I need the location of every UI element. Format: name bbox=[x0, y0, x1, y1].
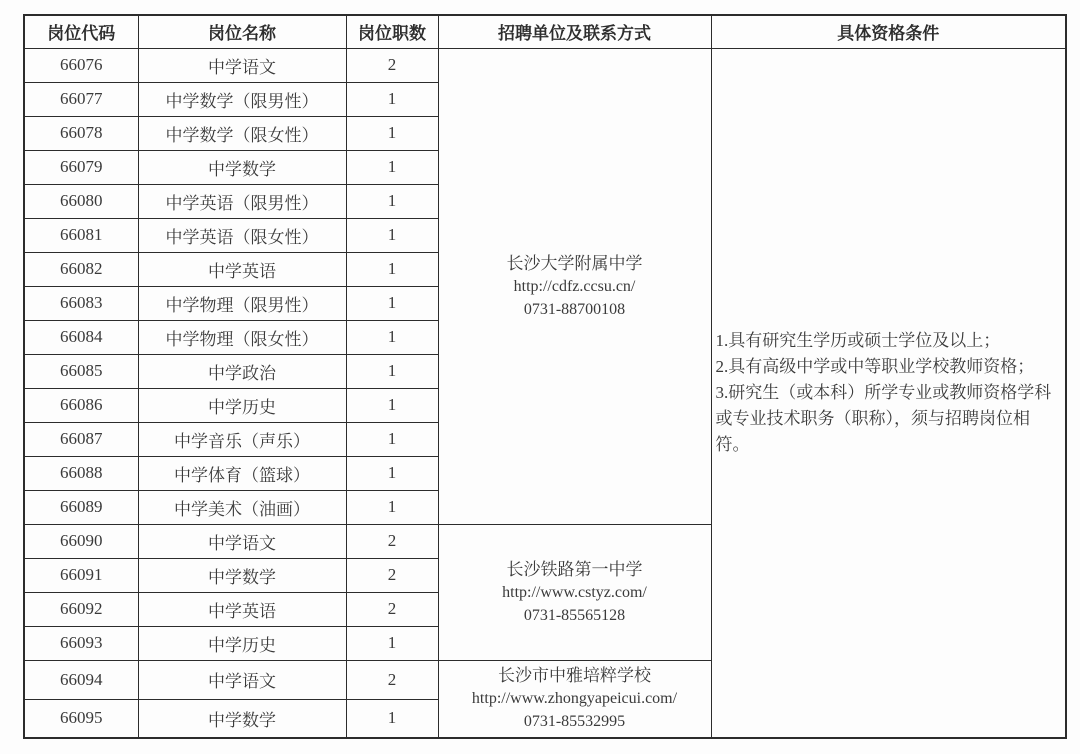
position-count-cell: 1 bbox=[346, 699, 438, 738]
position-name-cell: 中学语文 bbox=[138, 48, 346, 82]
position-count-cell: 1 bbox=[346, 218, 438, 252]
document-page: 岗位代码 岗位名称 岗位职数 招聘单位及联系方式 具体资格条件 66076中学语… bbox=[0, 0, 1080, 754]
position-name-cell: 中学体育（篮球） bbox=[138, 456, 346, 490]
position-code-cell: 66086 bbox=[24, 388, 138, 422]
position-name-cell: 中学数学 bbox=[138, 150, 346, 184]
position-code-cell: 66085 bbox=[24, 354, 138, 388]
position-count-cell: 2 bbox=[346, 660, 438, 699]
recruiting-unit-cell: 长沙铁路第一中学http://www.cstyz.com/0731-855651… bbox=[438, 524, 711, 660]
position-code-cell: 66078 bbox=[24, 116, 138, 150]
recruiting-unit-cell: 长沙市中雅培粹学校http://www.zhongyapeicui.com/07… bbox=[438, 660, 711, 738]
position-count-cell: 1 bbox=[346, 184, 438, 218]
position-code-cell: 66082 bbox=[24, 252, 138, 286]
position-code-cell: 66092 bbox=[24, 592, 138, 626]
position-code-cell: 66094 bbox=[24, 660, 138, 699]
position-name-cell: 中学音乐（声乐） bbox=[138, 422, 346, 456]
position-code-cell: 66084 bbox=[24, 320, 138, 354]
school-url: http://www.zhongyapeicui.com/ bbox=[443, 687, 707, 710]
header-position-name: 岗位名称 bbox=[138, 15, 346, 48]
header-position-code: 岗位代码 bbox=[24, 15, 138, 48]
position-count-cell: 1 bbox=[346, 320, 438, 354]
position-name-cell: 中学物理（限男性） bbox=[138, 286, 346, 320]
school-phone: 0731-85565128 bbox=[443, 604, 707, 627]
table-body: 66076中学语文2长沙大学附属中学http://cdfz.ccsu.cn/07… bbox=[24, 48, 1066, 738]
school-url: http://www.cstyz.com/ bbox=[443, 581, 707, 604]
position-count-cell: 1 bbox=[346, 150, 438, 184]
qualification-item: 2.具有高级中学或中等职业学校教师资格； bbox=[716, 354, 1062, 380]
school-name: 长沙铁路第一中学 bbox=[443, 558, 707, 581]
school-url: http://cdfz.ccsu.cn/ bbox=[443, 275, 707, 298]
position-name-cell: 中学政治 bbox=[138, 354, 346, 388]
position-count-cell: 1 bbox=[346, 82, 438, 116]
qualification-cell: 1.具有研究生学历或硕士学位及以上；2.具有高级中学或中等职业学校教师资格；3.… bbox=[711, 48, 1066, 738]
position-code-cell: 66093 bbox=[24, 626, 138, 660]
header-position-count: 岗位职数 bbox=[346, 15, 438, 48]
position-count-cell: 1 bbox=[346, 422, 438, 456]
school-phone: 0731-85532995 bbox=[443, 710, 707, 733]
header-recruiting-unit: 招聘单位及联系方式 bbox=[438, 15, 711, 48]
position-name-cell: 中学英语 bbox=[138, 252, 346, 286]
qualification-item: 1.具有研究生学历或硕士学位及以上； bbox=[716, 328, 1062, 354]
position-code-cell: 66080 bbox=[24, 184, 138, 218]
school-name: 长沙市中雅培粹学校 bbox=[443, 664, 707, 687]
position-count-cell: 1 bbox=[346, 116, 438, 150]
position-count-cell: 1 bbox=[346, 286, 438, 320]
position-count-cell: 1 bbox=[346, 252, 438, 286]
position-code-cell: 66091 bbox=[24, 558, 138, 592]
position-name-cell: 中学英语 bbox=[138, 592, 346, 626]
position-name-cell: 中学数学 bbox=[138, 699, 346, 738]
header-row: 岗位代码 岗位名称 岗位职数 招聘单位及联系方式 具体资格条件 bbox=[24, 15, 1066, 48]
position-code-cell: 66089 bbox=[24, 490, 138, 524]
position-count-cell: 2 bbox=[346, 558, 438, 592]
position-code-cell: 66090 bbox=[24, 524, 138, 558]
position-name-cell: 中学数学（限女性） bbox=[138, 116, 346, 150]
position-name-cell: 中学语文 bbox=[138, 524, 346, 558]
recruiting-unit-cell: 长沙大学附属中学http://cdfz.ccsu.cn/0731-8870010… bbox=[438, 48, 711, 524]
position-name-cell: 中学英语（限男性） bbox=[138, 184, 346, 218]
position-code-cell: 66076 bbox=[24, 48, 138, 82]
school-phone: 0731-88700108 bbox=[443, 298, 707, 321]
position-count-cell: 1 bbox=[346, 354, 438, 388]
position-count-cell: 1 bbox=[346, 626, 438, 660]
position-count-cell: 1 bbox=[346, 456, 438, 490]
position-code-cell: 66079 bbox=[24, 150, 138, 184]
position-count-cell: 2 bbox=[346, 524, 438, 558]
position-code-cell: 66087 bbox=[24, 422, 138, 456]
table-header: 岗位代码 岗位名称 岗位职数 招聘单位及联系方式 具体资格条件 bbox=[24, 15, 1066, 48]
position-name-cell: 中学语文 bbox=[138, 660, 346, 699]
position-name-cell: 中学历史 bbox=[138, 388, 346, 422]
recruitment-positions-table: 岗位代码 岗位名称 岗位职数 招聘单位及联系方式 具体资格条件 66076中学语… bbox=[23, 14, 1067, 739]
position-code-cell: 66095 bbox=[24, 699, 138, 738]
position-name-cell: 中学物理（限女性） bbox=[138, 320, 346, 354]
position-name-cell: 中学英语（限女性） bbox=[138, 218, 346, 252]
position-name-cell: 中学数学（限男性） bbox=[138, 82, 346, 116]
position-count-cell: 2 bbox=[346, 48, 438, 82]
position-code-cell: 66081 bbox=[24, 218, 138, 252]
position-code-cell: 66083 bbox=[24, 286, 138, 320]
table-row: 66076中学语文2长沙大学附属中学http://cdfz.ccsu.cn/07… bbox=[24, 48, 1066, 82]
position-name-cell: 中学美术（油画） bbox=[138, 490, 346, 524]
position-count-cell: 1 bbox=[346, 490, 438, 524]
position-code-cell: 66088 bbox=[24, 456, 138, 490]
position-name-cell: 中学数学 bbox=[138, 558, 346, 592]
position-count-cell: 2 bbox=[346, 592, 438, 626]
school-name: 长沙大学附属中学 bbox=[443, 252, 707, 275]
position-count-cell: 1 bbox=[346, 388, 438, 422]
header-qualifications: 具体资格条件 bbox=[711, 15, 1066, 48]
qualification-item: 3.研究生（或本科）所学专业或教师资格学科或专业技术职务（职称），须与招聘岗位相… bbox=[716, 380, 1062, 458]
position-code-cell: 66077 bbox=[24, 82, 138, 116]
position-name-cell: 中学历史 bbox=[138, 626, 346, 660]
